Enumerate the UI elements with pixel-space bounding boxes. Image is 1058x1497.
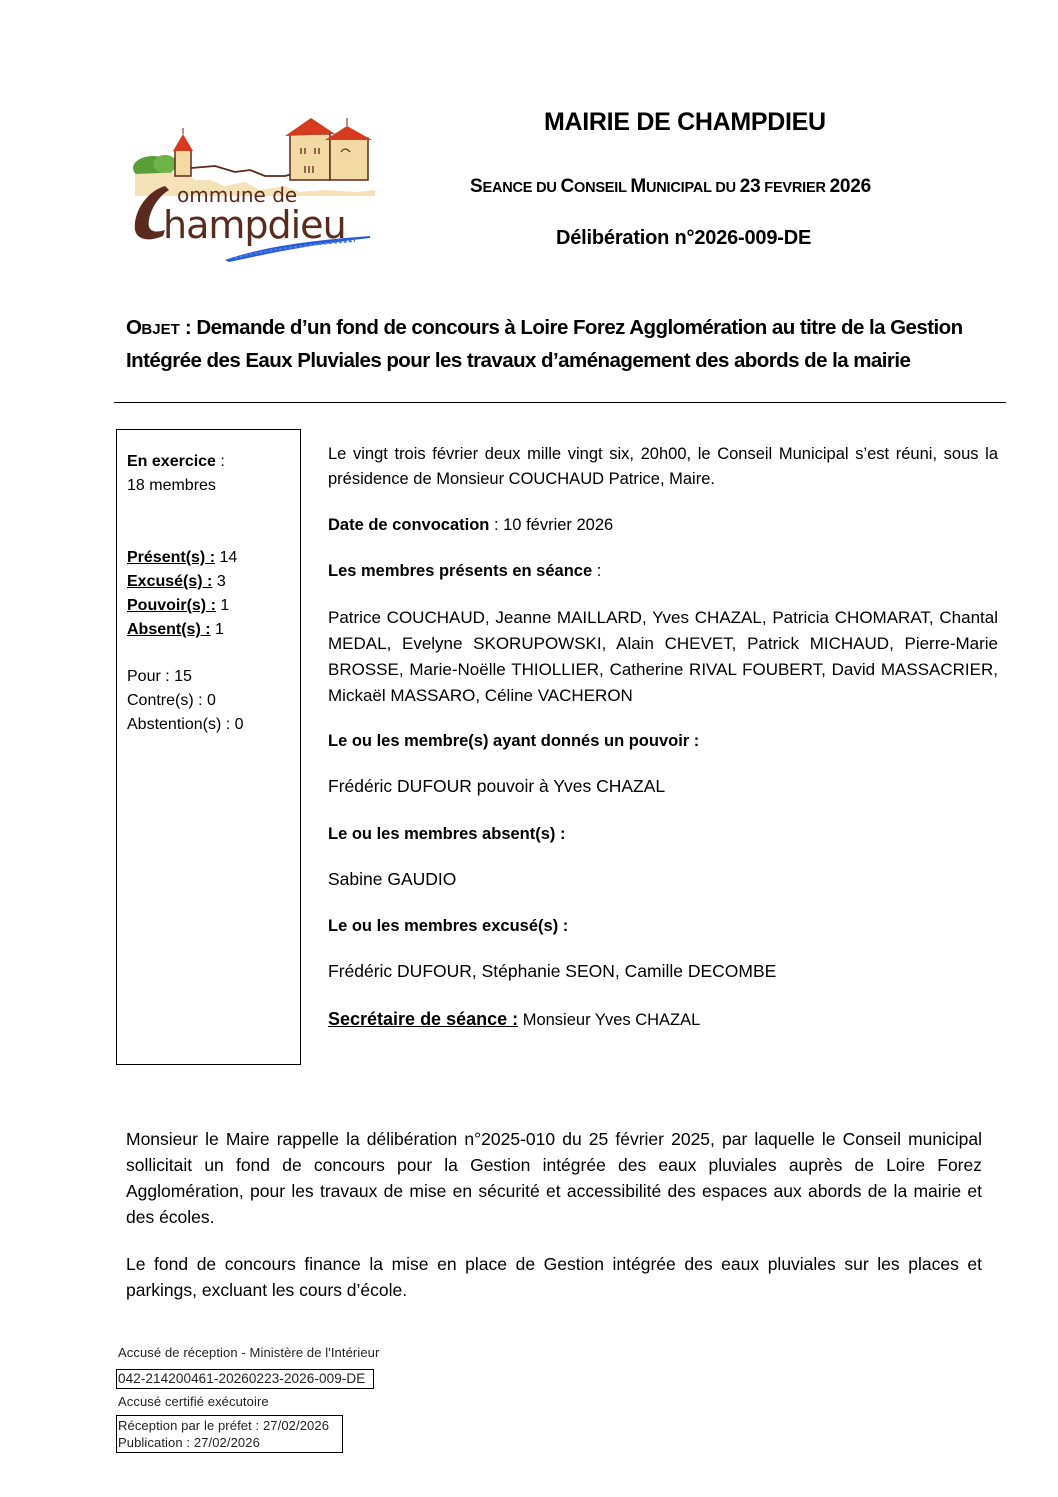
receipt-title: Accusé de réception - Ministère de l'Int… [118, 1345, 379, 1360]
secretaire-line: Secrétaire de séance : Monsieur Yves CHA… [328, 1007, 998, 1033]
vote-abstention: Abstention(s) : 0 [127, 715, 244, 735]
excuses-label: Excusé(s) : [127, 573, 212, 590]
secretaire-label: Secrétaire de séance : [328, 1009, 518, 1029]
seance-title-part: M [630, 176, 646, 197]
receipt-dates-box: Réception par le préfet : 27/02/2026 Pub… [116, 1415, 343, 1453]
separator: : [592, 562, 601, 580]
seance-title-part: 2026 [830, 176, 871, 197]
commune-logo: ommune de hampdieu [125, 110, 387, 268]
receipt-reception-prefet: Réception par le préfet : 27/02/2026 [118, 1417, 329, 1434]
absents-list: Sabine GAUDIO [328, 867, 998, 892]
seance-title-part: C [560, 176, 574, 197]
objet-label: BJET [141, 321, 179, 338]
separator: : [216, 453, 225, 470]
pouvoirs-label: Pouvoir(s) : [127, 597, 216, 614]
vote-contre: Contre(s) : 0 [127, 691, 216, 711]
objet-divider [114, 402, 1006, 403]
receipt-reference-box: 042-214200461-20260223-2026-009-DE [116, 1369, 374, 1389]
objet-text: Demande d’un fond de concours à Loire Fo… [126, 316, 963, 372]
seance-title-part: 23 [740, 176, 761, 197]
excuses-list: Frédéric DUFOUR, Stéphanie SEON, Camille… [328, 959, 998, 984]
objet-heading: OBJET : Demande d’un fond de concours à … [126, 313, 1006, 376]
absents-heading: Le ou les membres absent(s) : [328, 822, 998, 847]
en-exercice-line: En exercice : [127, 452, 225, 472]
vote-pour: Pour : 15 [127, 667, 192, 687]
mairie-title: MAIRIE DE CHAMPDIEU [544, 108, 826, 137]
presents-heading: Les membres présents en séance : [328, 559, 998, 584]
seance-title-part: S [470, 176, 482, 197]
absents-label: Absent(s) : [127, 621, 211, 638]
excuses-value: 3 [212, 573, 225, 590]
excuses-line: Excusé(s) : 3 [127, 572, 226, 592]
presents-list: Patrice COUCHAUD, Jeanne MAILLARD, Yves … [328, 605, 998, 709]
excuses-heading: Le ou les membres excusé(s) : [328, 914, 998, 939]
village-skyline-icon: ommune de hampdieu [125, 110, 387, 268]
body-paragraph-2: Le fond de concours finance la mise en p… [126, 1251, 982, 1303]
absents-value: 1 [211, 621, 224, 638]
en-exercice-label: En exercice [127, 453, 216, 470]
objet-separator: : [180, 316, 197, 339]
seance-title-part: EANCE DU [482, 180, 560, 196]
svg-text:hampdieu: hampdieu [163, 203, 346, 247]
deliberation-number: Délibération n°2026-009-DE [556, 227, 811, 250]
convocation-label: Date de convocation [328, 516, 489, 534]
receipt-publication: Publication : 27/02/2026 [118, 1434, 260, 1451]
convocation-line: Date de convocation : 10 février 2026 [328, 513, 998, 538]
pouvoir-list: Frédéric DUFOUR pouvoir à Yves CHAZAL [328, 774, 998, 799]
presents-heading-label: Les membres présents en séance [328, 562, 592, 580]
seance-title-part: UNICIPAL DU [646, 180, 740, 196]
presents-label: Présent(s) : [127, 549, 215, 566]
presents-value: 14 [215, 549, 237, 566]
receipt-certified: Accusé certifié exécutoire [118, 1394, 269, 1409]
vote-summary-box: En exercice : 18 membres Présent(s) : 14… [116, 429, 301, 1065]
seance-title-part: FEVRIER [760, 180, 829, 196]
absents-line: Absent(s) : 1 [127, 620, 224, 640]
presents-line: Présent(s) : 14 [127, 548, 237, 568]
secretaire-value: Monsieur Yves CHAZAL [518, 1011, 700, 1029]
pouvoirs-value: 1 [216, 597, 229, 614]
seance-intro: Le vingt trois février deux mille vingt … [328, 442, 998, 491]
convocation-value: : 10 février 2026 [489, 516, 613, 534]
body-paragraph-1: Monsieur le Maire rappelle la délibérati… [126, 1126, 982, 1230]
receipt-reference: 042-214200461-20260223-2026-009-DE [118, 1371, 365, 1386]
seance-title-part: ONSEIL [574, 180, 630, 196]
pouvoirs-line: Pouvoir(s) : 1 [127, 596, 229, 616]
objet-label: O [126, 316, 141, 339]
seance-title: SEANCE DU CONSEIL MUNICIPAL DU 23 FEVRIE… [470, 176, 871, 198]
pouvoir-heading: Le ou les membre(s) ayant donnés un pouv… [328, 729, 998, 754]
en-exercice-value: 18 membres [127, 476, 216, 496]
